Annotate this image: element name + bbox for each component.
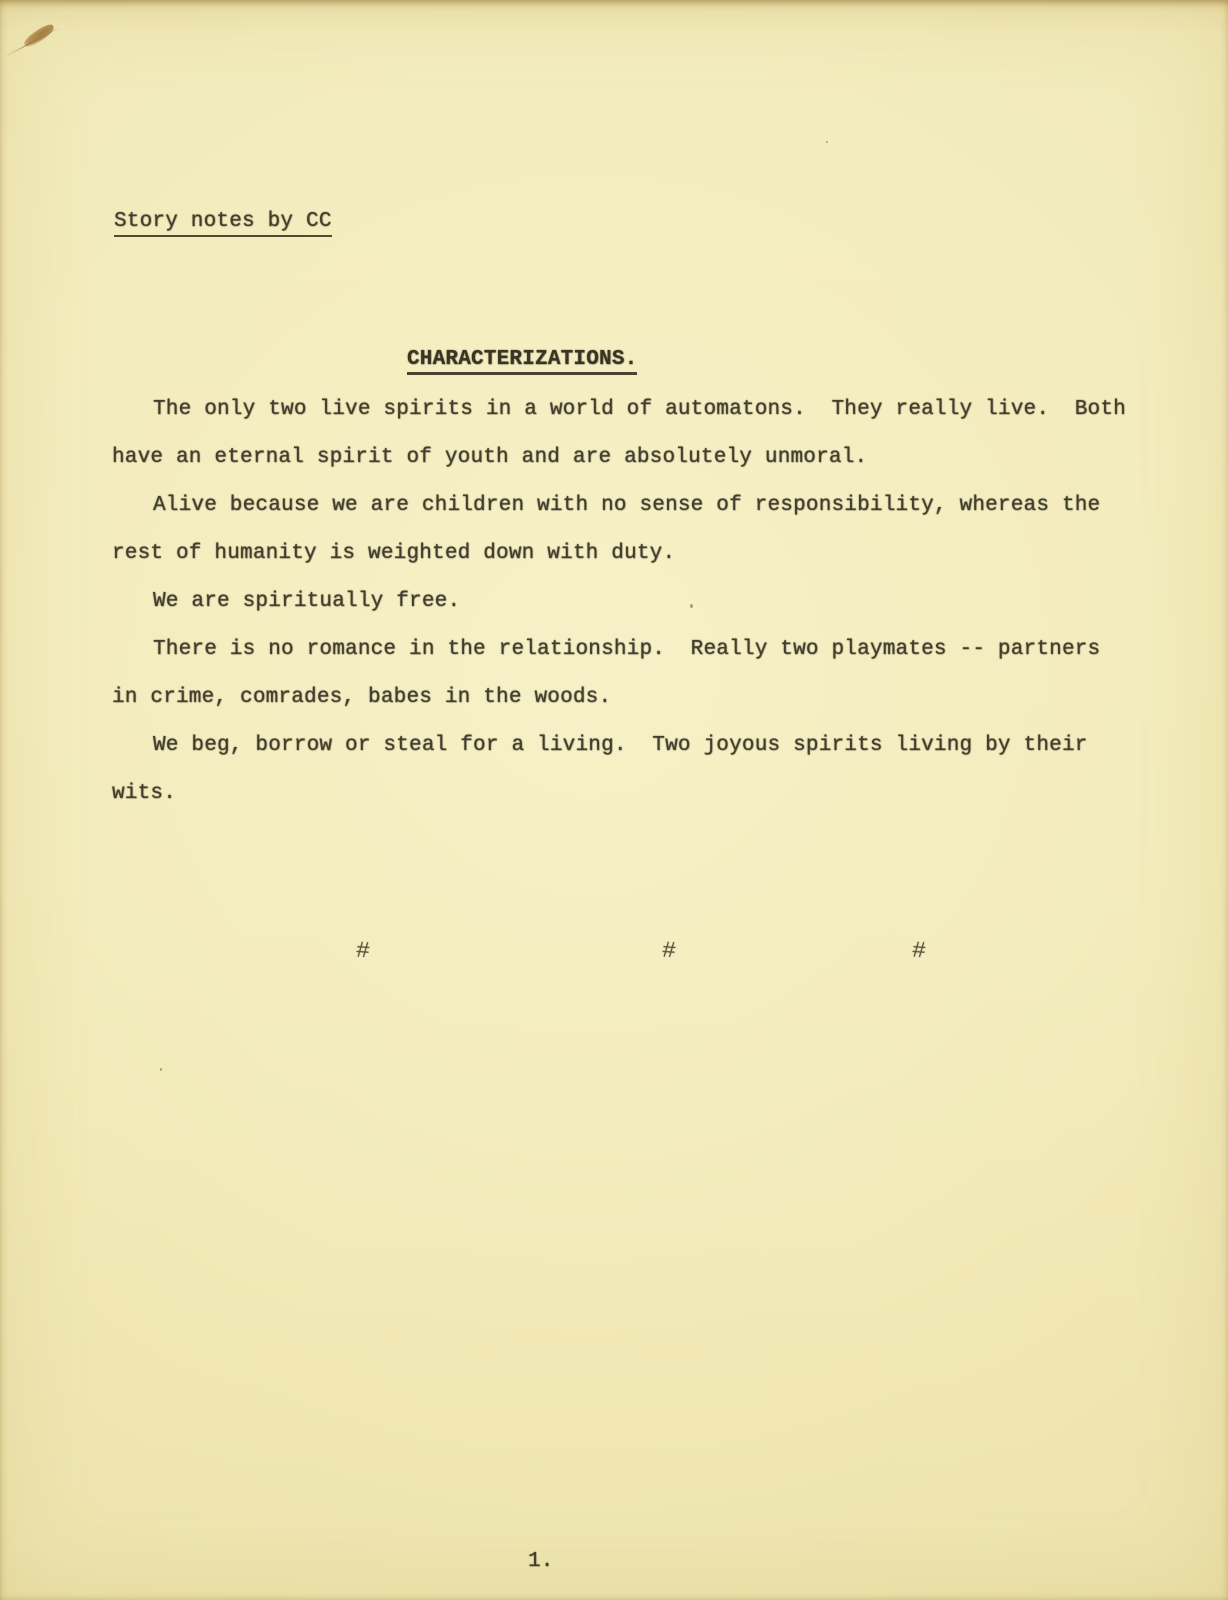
document-header: Story notes by CC	[114, 210, 332, 233]
scanned-document-page: Story notes by CC CHARACTERIZATIONS. The…	[0, 0, 1228, 1600]
paragraph: We are spiritually free.	[112, 587, 1172, 635]
paragraph: Alive because we are children with no se…	[112, 491, 1172, 587]
paragraph: The only two live spirits in a world of …	[112, 395, 1172, 491]
section-heading-text: CHARACTERIZATIONS.	[407, 348, 637, 375]
document-body: The only two live spirits in a world of …	[112, 395, 1172, 827]
paper-speck	[160, 1068, 162, 1071]
page-number: 1.	[528, 1550, 554, 1573]
paper-speck	[826, 141, 828, 143]
document-header-text: Story notes by CC	[114, 210, 332, 237]
text-line: wits.	[112, 779, 1172, 827]
text-line: We beg, borrow or steal for a living. Tw…	[112, 731, 1172, 779]
paragraph: We beg, borrow or steal for a living. Tw…	[112, 731, 1172, 827]
text-line: Alive because we are children with no se…	[112, 491, 1172, 539]
text-line: The only two live spirits in a world of …	[112, 395, 1172, 443]
hash-mark: #	[355, 938, 371, 965]
text-line: have an eternal spirit of youth and are …	[112, 443, 1172, 491]
section-heading: CHARACTERIZATIONS.	[407, 348, 637, 371]
hash-mark: #	[661, 938, 677, 965]
text-line: rest of humanity is weighted down with d…	[112, 539, 1172, 587]
hash-mark: #	[911, 938, 927, 965]
text-line: There is no romance in the relationship.…	[112, 635, 1172, 683]
section-separator: # # #	[0, 938, 1228, 978]
paper-scratch	[3, 28, 58, 58]
paragraph: There is no romance in the relationship.…	[112, 635, 1172, 731]
text-line: We are spiritually free.	[112, 587, 1172, 635]
text-line: in crime, comrades, babes in the woods.	[112, 683, 1172, 731]
